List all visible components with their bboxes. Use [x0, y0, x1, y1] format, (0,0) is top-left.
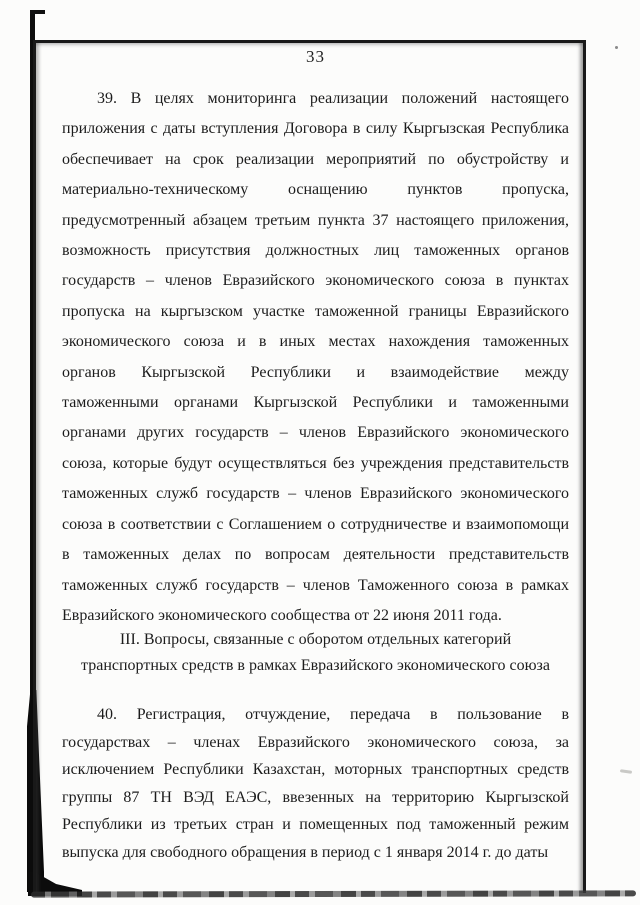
- text-line: обеспечивает на срок реализации мероприя…: [62, 145, 569, 175]
- paragraph-39: 39. В целях мониторинга реализации полож…: [62, 84, 569, 631]
- text-line: исключением Республики Казахстан, моторн…: [62, 756, 569, 784]
- text-line: выпуска для свободного обращения в перио…: [62, 839, 569, 867]
- text-line: союза в соответствии с Соглашением о сот…: [62, 510, 569, 540]
- text-line: таможенных служб государств – членов Евр…: [62, 479, 569, 509]
- text-line: таможенных служб государств – членов Там…: [62, 571, 569, 601]
- text-line: возможность присутствия должностных лиц …: [62, 236, 569, 266]
- text-line: предусмотренный абзацем третьим пункта 3…: [62, 206, 569, 236]
- text-line: материально-техническому оснащению пункт…: [62, 175, 569, 205]
- text-line: государств – членов Евразийского экономи…: [62, 266, 569, 296]
- text-line: группы 87 ТН ВЭД ЕАЭС, ввезенных на терр…: [62, 784, 569, 812]
- text-line: 40. Регистрация, отчуждение, передача в …: [62, 701, 569, 729]
- page-number: 33: [62, 47, 569, 67]
- text-line: 39. В целях мониторинга реализации полож…: [62, 84, 569, 114]
- section-heading-line: III. Вопросы, связанные с оборотом отдел…: [62, 627, 569, 653]
- scan-speck: [615, 46, 618, 49]
- text-line: союза, которые будут осуществляться без …: [62, 449, 569, 479]
- paragraph-40: 40. Регистрация, отчуждение, передача в …: [62, 701, 569, 867]
- scan-speck: [620, 769, 632, 774]
- text-line: пропуска на кыргызском участке таможенно…: [62, 297, 569, 327]
- text-line: органами других государств – членов Евра…: [62, 418, 569, 448]
- text-line: экономического союза и в иных местах нах…: [62, 327, 569, 357]
- text-line: Республики из третьих стран и помещенных…: [62, 811, 569, 839]
- scanned-document-page: 33 39. В целях мониторинга реализации по…: [0, 0, 640, 905]
- text-line: в таможенных делах по вопросам деятельно…: [62, 540, 569, 570]
- text-line: приложения с даты вступления Договора в …: [62, 114, 569, 144]
- text-line: органов Кыргызской Республики и взаимоде…: [62, 358, 569, 388]
- text-line: государствах – членах Евразийского эконо…: [62, 729, 569, 757]
- section-heading: III. Вопросы, связанные с оборотом отдел…: [62, 627, 569, 679]
- scan-artifact-bottom-edge: [31, 890, 636, 897]
- scan-artifact-top-tick: [30, 10, 45, 14]
- section-heading-line: транспортных средств в рамках Евразийско…: [62, 653, 569, 679]
- text-line: таможенными органами Кыргызской Республи…: [62, 388, 569, 418]
